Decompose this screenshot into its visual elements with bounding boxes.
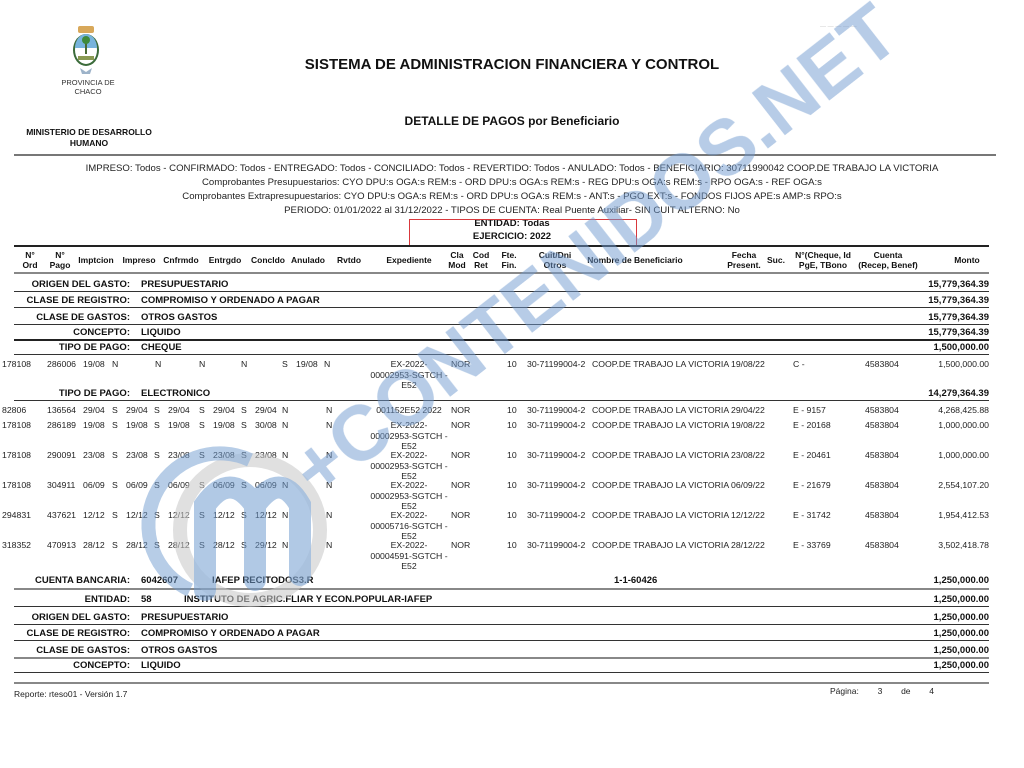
cuenta-bancaria-label: CUENTA BANCARIA:	[0, 575, 130, 586]
cell-anulado: N	[282, 420, 288, 430]
cell-impreso-date: 28/12	[126, 540, 148, 550]
cell-cla-mod: NOR	[451, 540, 470, 550]
cell-cnfrmdo-date: 19/08	[168, 420, 190, 430]
cell-anulado: N	[282, 480, 288, 490]
cell-imptcion: 29/04	[83, 405, 105, 415]
cell-fecha: 28/12/22	[731, 540, 765, 550]
page-indicator: Página: 3 de 4	[830, 686, 934, 696]
cell-entrgdo-flag: S	[199, 420, 205, 430]
group-amount: 15,779,364.39	[928, 312, 989, 323]
cell-anulado-flag: S	[282, 359, 288, 369]
faint-header-mark: — — — — —	[820, 24, 857, 30]
cell-impreso-flag: S	[112, 405, 118, 415]
filter-line-status: IMPRESO: Todos - CONFIRMADO: Todos - ENT…	[0, 162, 1024, 176]
column-header-fte-fin: Fte.Fin.	[494, 250, 524, 270]
column-header-suc: Suc.	[763, 255, 789, 265]
group-label: ORIGEN DEL GASTO:	[0, 612, 130, 623]
group-value: LIQUIDO	[141, 660, 181, 671]
group-label: CONCEPTO:	[0, 327, 130, 338]
cell-concldo-date: 29/04	[255, 405, 277, 415]
cell-cnfrmdo: N	[155, 359, 161, 369]
cell-cla-mod: NOR	[451, 405, 470, 415]
group-label: ORIGEN DEL GASTO:	[0, 279, 130, 290]
cell-fte-fin: 10	[507, 480, 517, 490]
cell-entrgdo-flag: S	[199, 405, 205, 415]
group-amount: 1,250,000.00	[934, 645, 989, 656]
cell-fecha: 19/08/22	[731, 359, 765, 369]
cell-nombre: COOP.DE TRABAJO LA VICTORIA	[592, 420, 729, 430]
group-amount: 1,500,000.00	[934, 342, 989, 353]
column-header-fecha: FechaPresent.	[722, 250, 766, 270]
cell-cuit: 30-71199004-2	[527, 540, 585, 550]
cell-entrgdo-flag: S	[199, 480, 205, 490]
group-value: OTROS GASTOS	[141, 645, 217, 656]
page-total: 4	[929, 686, 934, 696]
group-code: 58	[141, 594, 152, 605]
cell-rvtdo: N	[326, 480, 332, 490]
group-value: PRESUPUESTARIO	[141, 279, 228, 290]
cell-nombre: COOP.DE TRABAJO LA VICTORIA	[592, 359, 729, 369]
filter-line-extrapresupuestarios: Comprobantes Extrapresupuestarios: CYO D…	[0, 190, 1024, 204]
cuenta-bancaria-amount: 1,250,000.00	[934, 575, 989, 586]
ministry-line-1: MINISTERIO DE DESARROLLO	[12, 127, 166, 138]
group-divider	[14, 624, 989, 625]
cell-n-pago: 470913	[47, 540, 76, 550]
cell-expediente: EX-2022-00005716-SGTCH -E52	[364, 510, 454, 542]
cell-cheque: E - 20461	[793, 450, 831, 460]
cell-n-pago: 286189	[47, 420, 76, 430]
cell-n-pago: 136564	[47, 405, 76, 415]
cell-nombre: COOP.DE TRABAJO LA VICTORIA	[592, 405, 729, 415]
cell-cla-mod: NOR	[451, 480, 470, 490]
cell-entrgdo-date: 29/04	[213, 405, 235, 415]
cell-n-ord: 178108	[2, 480, 31, 490]
report-title: DETALLE DE PAGOS por Beneficiario	[0, 114, 1024, 128]
cell-entrgdo-flag: S	[199, 510, 205, 520]
cell-entrgdo-date: 12/12	[213, 510, 235, 520]
column-header-anulado: Anulado	[284, 255, 332, 265]
cell-imptcion: 19/08	[83, 420, 105, 430]
cell-entrgdo-flag: S	[199, 450, 205, 460]
ministry-name: MINISTERIO DE DESARROLLO HUMANO	[12, 127, 166, 149]
group-divider	[14, 400, 989, 401]
cell-cheque: C -	[793, 359, 805, 369]
group-divider	[14, 657, 989, 659]
column-header-expediente: Expediente	[376, 255, 442, 265]
cell-imptcion: 06/09	[83, 480, 105, 490]
cell-nombre: COOP.DE TRABAJO LA VICTORIA	[592, 510, 729, 520]
cell-cla-mod: NOR	[451, 420, 470, 430]
cell-concldo-flag: S	[241, 405, 247, 415]
column-header-cheque: N°(Cheque, IdPgE, TBono	[787, 250, 859, 270]
cell-concldo-flag: S	[241, 510, 247, 520]
cell-cnfrmdo-flag: S	[154, 420, 160, 430]
cell-monto: 1,500,000.00	[938, 359, 989, 369]
cell-rvtdo: N	[326, 420, 332, 430]
column-header-cod-ret: CodRet	[466, 250, 496, 270]
cell-fte-fin: 10	[507, 420, 517, 430]
cell-cnfrmdo-flag: S	[154, 450, 160, 460]
cell-cuit: 30-71199004-2	[527, 450, 585, 460]
cell-impreso: N	[112, 359, 118, 369]
cell-impreso-flag: S	[112, 540, 118, 550]
cell-cnfrmdo-date: 12/12	[168, 510, 190, 520]
group-label: CONCEPTO:	[0, 660, 130, 671]
footer-divider	[14, 682, 989, 684]
cell-cuit: 30-71199004-2	[527, 510, 585, 520]
cell-cla-mod: NOR	[451, 359, 470, 369]
group-divider	[14, 672, 989, 673]
cell-entrgdo-flag: S	[199, 540, 205, 550]
group-label: CLASE DE REGISTRO:	[0, 295, 130, 306]
cell-anulado-date: 19/08	[296, 359, 318, 369]
group-label: ENTIDAD:	[0, 594, 130, 605]
cell-anulado: N	[282, 450, 288, 460]
cell-concldo-flag: S	[241, 540, 247, 550]
cell-anulado: N	[282, 405, 288, 415]
group-value: LIQUIDO	[141, 327, 181, 338]
cell-cnfrmdo-flag: S	[154, 405, 160, 415]
group-amount: 15,779,364.39	[928, 295, 989, 306]
header-divider	[14, 154, 996, 156]
cell-concldo: N	[241, 359, 247, 369]
group-amount: 15,779,364.39	[928, 327, 989, 338]
report-version: Reporte: rteso01 - Versión 1.7	[14, 689, 127, 699]
cell-nombre: COOP.DE TRABAJO LA VICTORIA	[592, 450, 729, 460]
cell-imptcion: 12/12	[83, 510, 105, 520]
group-value: OTROS GASTOS	[141, 312, 217, 323]
cell-rvtdo: N	[326, 510, 332, 520]
cell-cnfrmdo-date: 29/04	[168, 405, 190, 415]
column-header-cuenta: Cuenta(Recep, Benef)	[852, 250, 924, 270]
filter-line-presupuestarios: Comprobantes Presupuestarios: CYO DPU:s …	[0, 176, 1024, 190]
cell-n-pago: 437621	[47, 510, 76, 520]
cell-concldo-date: 12/12	[255, 510, 277, 520]
cell-monto: 1,000,000.00	[938, 420, 989, 430]
cell-rvtdo: N	[326, 540, 332, 550]
cell-n-ord: 178108	[2, 420, 31, 430]
cell-cuit: 30-71199004-2	[527, 405, 585, 415]
cell-rvtdo: N	[324, 359, 330, 369]
cell-impreso-date: 29/04	[126, 405, 148, 415]
cell-cnfrmdo-date: 23/08	[168, 450, 190, 460]
cell-cuenta: 4583804	[865, 450, 899, 460]
cell-fte-fin: 10	[507, 540, 517, 550]
group-divider	[14, 640, 989, 641]
cell-expediente: EX-2022-00004591-SGTCH -E52	[364, 540, 454, 572]
group-divider	[14, 307, 989, 308]
cell-impreso-flag: S	[112, 510, 118, 520]
cell-impreso-flag: S	[112, 480, 118, 490]
cell-cheque: E - 31742	[793, 510, 831, 520]
cell-anulado: N	[282, 510, 288, 520]
group-divider	[14, 339, 989, 341]
cell-impreso-date: 12/12	[126, 510, 148, 520]
cell-monto: 2,554,107.20	[938, 480, 989, 490]
group-divider	[14, 291, 989, 292]
group-divider	[14, 354, 989, 355]
cell-n-pago: 304911	[47, 480, 75, 490]
cell-concldo-date: 30/08	[255, 420, 277, 430]
cell-n-ord: 294831	[2, 510, 31, 520]
system-title: SISTEMA DE ADMINISTRACION FINANCIERA Y C…	[0, 56, 1024, 73]
cell-concldo-date: 29/12	[255, 540, 277, 550]
group-divider	[14, 324, 989, 325]
cell-entrgdo-date: 19/08	[213, 420, 235, 430]
ministry-line-2: HUMANO	[12, 138, 166, 149]
group-value: CHEQUE	[141, 342, 182, 353]
cell-concldo-flag: S	[241, 450, 247, 460]
cell-expediente: EX-2022-00002953-SGTCH -E52	[364, 359, 454, 391]
cell-n-pago: 290091	[47, 450, 76, 460]
cell-expediente: EX-2022-00002953-SGTCH -E52	[364, 450, 454, 482]
cell-concldo-flag: S	[241, 480, 247, 490]
cell-nombre: COOP.DE TRABAJO LA VICTORIA	[592, 480, 729, 490]
cell-cuenta: 4583804	[865, 540, 899, 550]
cell-entrgdo-date: 06/09	[213, 480, 235, 490]
cell-rvtdo: N	[326, 450, 332, 460]
cell-fte-fin: 10	[507, 359, 517, 369]
cell-n-ord: 178108	[2, 450, 31, 460]
column-header-rvtdo: Rvtdo	[328, 255, 370, 265]
cell-imptcion: 23/08	[83, 450, 105, 460]
cell-imptcion: 19/08	[83, 359, 105, 369]
cell-impreso-date: 19/08	[126, 420, 148, 430]
cuenta-bancaria-name: IAFEP RECITODOS3.R	[212, 575, 314, 586]
cell-fecha: 19/08/22	[731, 420, 765, 430]
cell-monto: 3,502,418.78	[938, 540, 989, 550]
filter-line-periodo: PERIODO: 01/01/2022 al 31/12/2022 - TIPO…	[0, 204, 1024, 218]
table-header-bottom-line	[14, 272, 989, 274]
cell-cnfrmdo-date: 28/12	[168, 540, 190, 550]
cell-fecha: 29/04/22	[731, 405, 765, 415]
highlight-box	[409, 219, 637, 246]
page-of-label: de	[901, 686, 910, 696]
cell-entrgdo-date: 28/12	[213, 540, 235, 550]
cell-cnfrmdo-flag: S	[154, 480, 160, 490]
cell-fte-fin: 10	[507, 405, 517, 415]
cell-concldo-date: 23/08	[255, 450, 277, 460]
page-number: 3	[878, 686, 883, 696]
group-value: ELECTRONICO	[141, 388, 210, 399]
cell-entrgdo-date: 23/08	[213, 450, 235, 460]
cell-monto: 4,268,425.88	[938, 405, 989, 415]
cell-cla-mod: NOR	[451, 510, 470, 520]
group-amount: 15,779,364.39	[928, 279, 989, 290]
cell-fecha: 06/09/22	[731, 480, 765, 490]
cell-n-ord: 178108	[2, 359, 31, 369]
cell-cheque: E - 21679	[793, 480, 831, 490]
group-amount: 14,279,364.39	[928, 388, 989, 399]
cell-monto: 1,000,000.00	[938, 450, 989, 460]
cell-concldo-date: 06/09	[255, 480, 277, 490]
group-divider	[14, 588, 989, 590]
cuenta-bancaria-code: 1-1-60426	[614, 575, 657, 586]
cell-concldo-flag: S	[241, 420, 247, 430]
group-label: TIPO DE PAGO:	[0, 388, 130, 399]
group-amount: 1,250,000.00	[934, 612, 989, 623]
cell-cuit: 30-71199004-2	[527, 420, 585, 430]
cell-cnfrmdo-flag: S	[154, 540, 160, 550]
cell-cheque: E - 20168	[793, 420, 831, 430]
cell-cuit: 30-71199004-2	[527, 480, 585, 490]
cell-cheque: E - 33769	[793, 540, 831, 550]
cell-cuenta: 4583804	[865, 480, 899, 490]
page-label: Página:	[830, 686, 859, 696]
group-label: CLASE DE REGISTRO:	[0, 628, 130, 639]
group-amount: 1,250,000.00	[934, 628, 989, 639]
cell-impreso-date: 06/09	[126, 480, 148, 490]
cell-expediente: 001152E52 2022	[364, 405, 454, 416]
cell-entrgdo: N	[199, 359, 205, 369]
group-label: CLASE DE GASTOS:	[0, 645, 130, 656]
table-header-top-line	[14, 245, 989, 247]
cell-n-ord: 318352	[2, 540, 31, 550]
cell-cuit: 30-71199004-2	[527, 359, 585, 369]
cell-n-pago: 286006	[47, 359, 76, 369]
column-header-cuit: Cuit/DniOtros	[529, 250, 581, 270]
cell-impreso-date: 23/08	[126, 450, 148, 460]
cell-cuenta: 4583804	[865, 405, 899, 415]
group-value: COMPROMISO Y ORDENADO A PAGAR	[141, 628, 320, 639]
cell-cla-mod: NOR	[451, 450, 470, 460]
cell-fecha: 12/12/22	[731, 510, 765, 520]
group-divider	[14, 606, 989, 607]
cell-cuenta: 4583804	[865, 359, 899, 369]
cell-nombre: COOP.DE TRABAJO LA VICTORIA	[592, 540, 729, 550]
group-value: COMPROMISO Y ORDENADO A PAGAR	[141, 295, 320, 306]
cell-cuenta: 4583804	[865, 420, 899, 430]
column-header-monto: Monto	[942, 255, 992, 265]
province-name: PROVINCIA DE CHACO	[48, 78, 128, 96]
cell-imptcion: 28/12	[83, 540, 105, 550]
cell-n-ord: 82806	[2, 405, 26, 415]
report-filters: IMPRESO: Todos - CONFIRMADO: Todos - ENT…	[0, 162, 1024, 218]
cuenta-bancaria-number: 6042607	[141, 575, 178, 586]
cell-anulado: N	[282, 540, 288, 550]
group-value: INSTITUTO DE AGRIC.FLIAR Y ECON.POPULAR-…	[184, 594, 432, 605]
cell-cnfrmdo-flag: S	[154, 510, 160, 520]
group-label: TIPO DE PAGO:	[0, 342, 130, 353]
cell-expediente: EX-2022-00002953-SGTCH -E52	[364, 480, 454, 512]
cell-expediente: EX-2022-00002953-SGTCH -E52	[364, 420, 454, 452]
cell-cheque: E - 9157	[793, 405, 826, 415]
cell-monto: 1,954,412.53	[938, 510, 989, 520]
cell-impreso-flag: S	[112, 420, 118, 430]
cell-fte-fin: 10	[507, 450, 517, 460]
column-header-nombre: Nombre de Beneficiario	[584, 255, 686, 265]
cell-rvtdo: N	[326, 405, 332, 415]
group-amount: 1,250,000.00	[934, 594, 989, 605]
cell-cnfrmdo-date: 06/09	[168, 480, 190, 490]
cell-fte-fin: 10	[507, 510, 517, 520]
cell-impreso-flag: S	[112, 450, 118, 460]
group-value: PRESUPUESTARIO	[141, 612, 228, 623]
cell-fecha: 23/08/22	[731, 450, 765, 460]
cell-cuenta: 4583804	[865, 510, 899, 520]
group-amount: 1,250,000.00	[934, 660, 989, 671]
group-label: CLASE DE GASTOS:	[0, 312, 130, 323]
